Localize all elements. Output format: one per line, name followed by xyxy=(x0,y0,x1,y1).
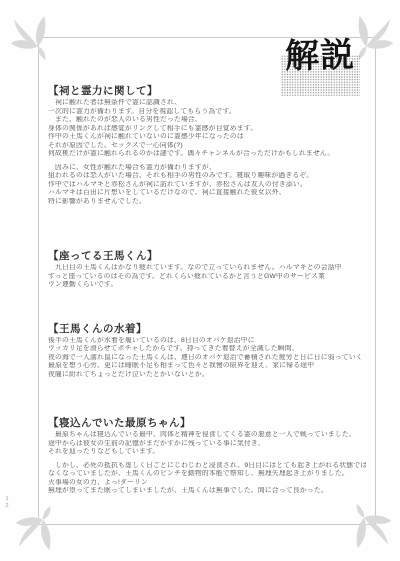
text-line: 後半の王馬くんが水着を履いているのは、8日目のオバケ退治中に xyxy=(48,337,366,346)
corner-flourish-icon xyxy=(14,501,68,555)
section-heading: 【祠と霊力に関して】 xyxy=(48,85,366,97)
text-line: ずっと座っているのはその為です。どれくらい疲れているかと言うとGW中のサービス業 xyxy=(48,273,366,282)
text-line: それを辿ったりなどもしています。 xyxy=(48,448,366,457)
paragraph: 祠に触れた者は無条件で霊に認識され、一次的に霊力が備わります。自分を視認してもら… xyxy=(48,99,366,159)
text-line: また、触れたのが恋人のいる男性だった場合、 xyxy=(48,116,366,125)
text-line: 九日目の王馬くんはかなり疲れています。なので立っていられません。ハルマキとの会話… xyxy=(48,264,366,273)
text-line: 最原を想う心労、更には睡眠不足も相まって色々と我慢の限界を迎え、家に帰る途中 xyxy=(48,362,366,371)
text-line: 特に影響がありませんでした。 xyxy=(48,198,366,207)
paragraph: しかし、必死の抵抗も虚しく日ごとにじわじわと浸食され、9日目にはとても起き上がれ… xyxy=(48,462,366,496)
text-line: 作中の王馬くんが祠に触れていないのに霊感少年になったのは xyxy=(48,133,366,142)
text-line: ウン連勤くらいです。 xyxy=(48,281,366,290)
paragraph: 最原ちゃんは寝込んでいる最中、肉体と精神を侵食してくる霊の悪意と一人で戦っていま… xyxy=(48,431,366,457)
page-title: 解説 xyxy=(285,38,356,73)
text-line: 祠に触れた者は無条件で霊に認識され、 xyxy=(48,99,366,108)
paragraph: 九日目の王馬くんはかなり疲れています。なので立っていられません。ハルマキとの会話… xyxy=(48,264,366,290)
commentary-page: 解説 【祠と霊力に関して】 祠に触れた者は無条件で霊に認識され、一次的に霊力が備… xyxy=(0,0,400,561)
paragraph: 因みに、女性が触れた場合も霊力が備わりますが、狙われるのは恋人がいた場合、それも… xyxy=(48,164,366,207)
section-heading: 【寝込んでいた最原ちゃん】 xyxy=(48,417,366,429)
section-ouma-swimsuit: 【王馬くんの水着】 後半の王馬くんが水着を履いているのは、8日目のオバケ退治中に… xyxy=(48,323,366,380)
text-line: なくなっていましたが、王馬くんのピンチを動物的本能で察知し、無理矢理起き上がりま… xyxy=(48,470,366,479)
text-line: 作中ではハルマキと赤松さんが祠に訪れていますが、赤松さんは友人の付き添い。 xyxy=(48,181,366,190)
section-bedridden-saihara: 【寝込んでいた最原ちゃん】 最原ちゃんは寝込んでいる最中、肉体と精神を侵食してく… xyxy=(48,417,366,496)
text-line: 何故桃だけが霊に触れられるのかは謎です。偶々チャンネルが合っただけかもしれません… xyxy=(48,150,366,159)
paragraph: 後半の王馬くんが水着を履いているのは、8日目のオバケ退治中にウッカリ足を滑らせて… xyxy=(48,337,366,380)
section-heading: 【王馬くんの水着】 xyxy=(48,323,366,335)
text-line: 途中からは彼女の生前の記憶がまだかすかに残っている事に気付き、 xyxy=(48,440,366,449)
text-line: ハルマキは百田に片想いをしているだけなので、祠に直接触れた彼女以外、 xyxy=(48,189,366,198)
section-sitting-ouma: 【座ってる王馬くん】 九日目の王馬くんはかなり疲れています。なので立っていられま… xyxy=(48,250,366,290)
text-line: しかし、必死の抵抗も虚しく日ごとにじわじわと浸食され、9日目にはとても起き上がれ… xyxy=(48,462,366,471)
text-line: 狙われるのは恋人がいた場合、それも相手の男性のみです。寝取り趣味が過ぎるぞ。 xyxy=(48,172,366,181)
text-line: それが原因でした。セックスで一心同体(?) xyxy=(48,142,366,151)
corner-flourish-icon xyxy=(9,11,63,65)
section-shrine-and-spirit-power: 【祠と霊力に関して】 祠に触れた者は無条件で霊に認識され、一次的に霊力が備わりま… xyxy=(48,85,366,206)
text-line: 火事場の女の力、よっ!ダーリン xyxy=(48,479,366,488)
commentary-content: 【祠と霊力に関して】 祠に触れた者は無条件で霊に認識され、一次的に霊力が備わりま… xyxy=(48,85,366,496)
text-line: 身体の関係があれば感覚がリンクして相手にも霊感が目覚めます。 xyxy=(48,125,366,134)
text-line: 最原ちゃんは寝込んでいる最中、肉体と精神を侵食してくる霊の悪意と一人で戦っていま… xyxy=(48,431,366,440)
text-line: 夜闇に紛れてちょっとだけ泣いたとかいないとか。 xyxy=(48,371,366,380)
text-line: 一次的に霊力が備わります。自分を視認してもらう為です。 xyxy=(48,108,366,117)
text-line: 夜の海で一人濡れ鼠になった王馬くんは、連日のオバケ退治で蓄積された疲労と日に日に… xyxy=(48,354,366,363)
text-line: ウッカリ足を滑らせてポチャしたからです。持ってきた着替えが全滅した瞬間、 xyxy=(48,345,366,354)
section-heading: 【座ってる王馬くん】 xyxy=(48,250,366,262)
corner-flourish-icon xyxy=(339,499,393,553)
page-number: 12 xyxy=(4,496,10,510)
text-line: 無理が祟ってまた眠ってしまいましたが、王馬くんは無事でした。間に合って良かった。 xyxy=(48,487,366,496)
text-line: 因みに、女性が触れた場合も霊力が備わりますが、 xyxy=(48,164,366,173)
